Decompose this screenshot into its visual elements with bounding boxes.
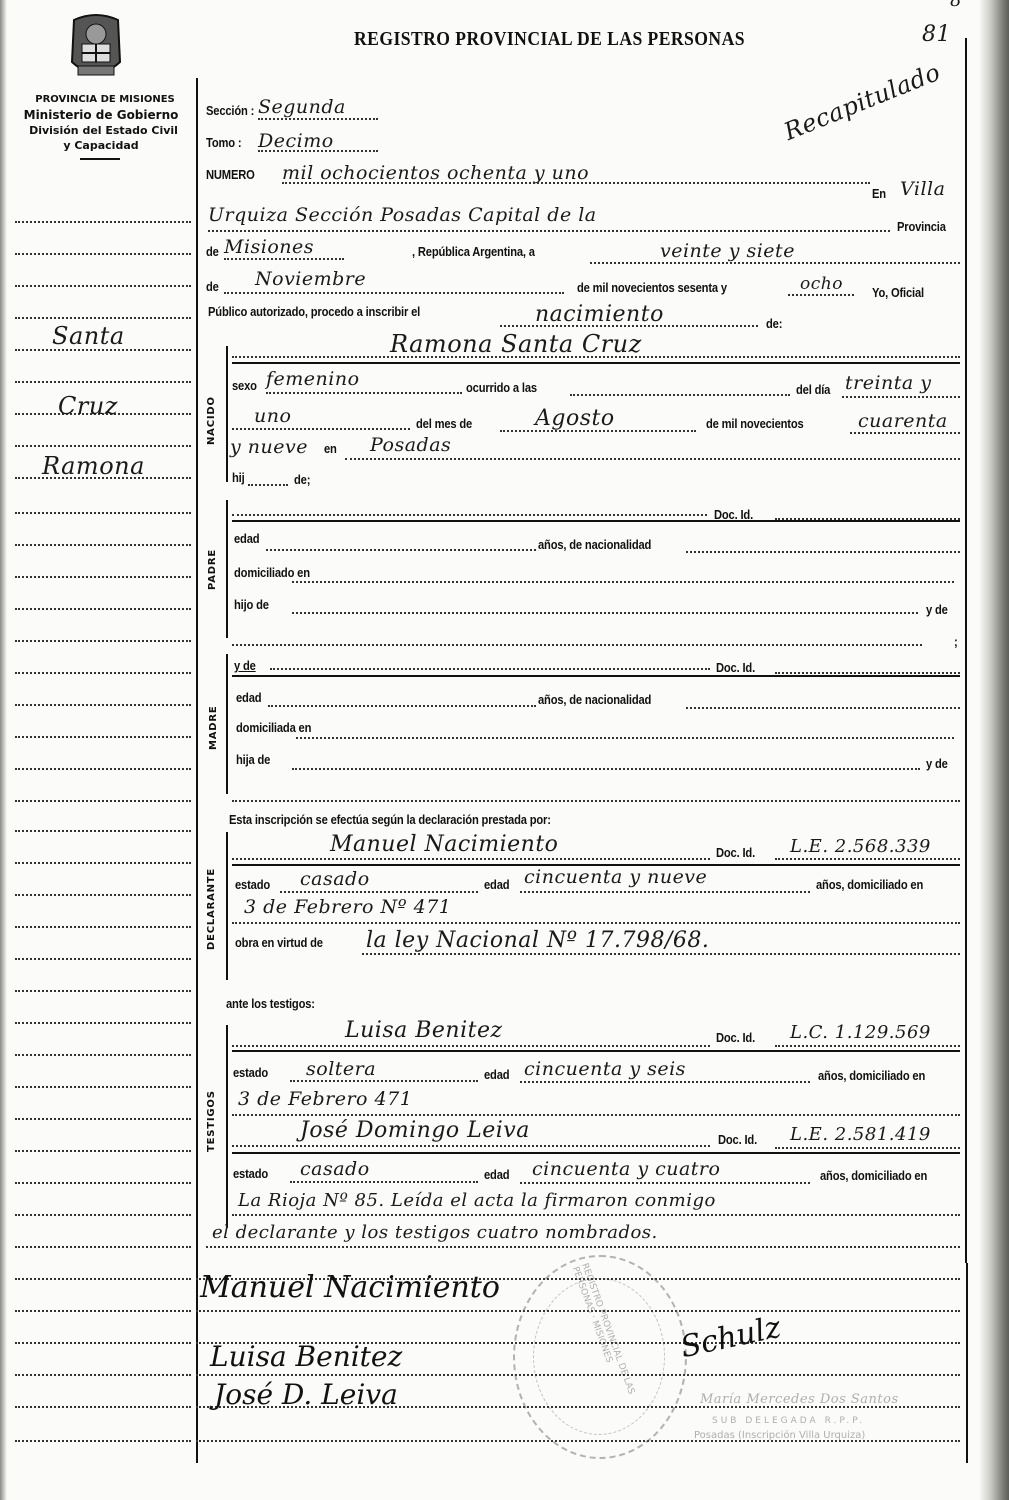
padre-nombre-line [232,514,707,516]
testigo1-anios-label: años, domiciliado en [818,1068,925,1083]
oficial-label: Yo, Oficial [872,285,924,300]
madre-edad-label: edad [236,690,261,705]
nacido-label: NACIDO [206,396,217,445]
mil-label: de mil novecientos [706,416,804,431]
closing-line [206,1246,960,1248]
madre-domicilio-label: domiciliada en [236,720,311,735]
declarante-doc-label: Doc. Id. [716,845,755,860]
mes-label: del mes de [416,416,472,431]
dia-label: del día [796,382,830,397]
de-label: de [206,244,219,259]
padre-doc-label: Doc. Id. [714,507,753,522]
hij-label: hij [232,470,245,485]
mil-label: de mil novecientos sesenta y [577,280,727,295]
testigo2-estado-label: estado [233,1166,268,1181]
seccion-value[interactable]: Segunda [258,96,346,118]
en-label: En [872,186,886,201]
padre-label: PADRE [207,549,218,590]
declarante-edad-line [520,891,810,893]
declarante-doc-value[interactable]: L.E. 2.568.339 [790,836,931,857]
signature-testigo2: José D. Leiva [214,1378,398,1411]
padre-edad-label: edad [234,531,259,546]
seccion-label: Sección : [206,103,254,118]
anio-line [788,294,854,296]
testigo1-doc-value[interactable]: L.C. 1.129.569 [790,1022,931,1043]
testigo1-edad-value[interactable]: cincuenta y seis [524,1058,686,1080]
en-value[interactable]: Villa [900,178,945,200]
dia-value[interactable]: veinte y siete [660,240,795,262]
numero-value[interactable]: mil ochocientos ochenta y uno [282,162,589,184]
testigo1-domicilio-value[interactable]: 3 de Febrero 471 [238,1088,412,1110]
sexo-value[interactable]: femenino [266,368,360,390]
padre-domicilio-line [292,581,954,583]
testigo2-nombre-rule [232,1152,960,1154]
padre-semicolon: ; [954,634,958,649]
paper-edge-right [979,0,1009,1500]
signature-declarante: Manuel Nacimiento [200,1270,500,1305]
numero-label: NUMERO [206,167,255,182]
paper-edge-left [0,0,7,1500]
issuer-ministry: Ministerio de Gobierno [6,108,196,122]
margin-name-3: Ramona [42,452,145,480]
issuer-capacity: y Capacidad [26,139,176,152]
lugar-value[interactable]: Posadas [370,434,451,456]
anio-line [850,432,960,434]
padre-yde-label: y de [926,602,948,617]
provincia-value[interactable]: Misiones [224,236,314,258]
issuer-underline [80,158,120,160]
declarante-domicilio-value[interactable]: 3 de Febrero Nº 471 [244,896,451,918]
declarante-edad-label: edad [484,877,509,892]
declarante-estado-label: estado [235,877,270,892]
ocurrido-label: ocurrido a las [466,380,537,395]
testigo2-doc-value[interactable]: L.E. 2.581.419 [790,1124,931,1145]
acto-value[interactable]: nacimiento [535,302,664,327]
document-title: REGISTRO PROVINCIAL DE LAS PERSONAS [354,28,745,51]
declarante-nombre[interactable]: Manuel Nacimiento [330,832,558,857]
madre-doc-line [775,672,960,674]
acto-line [500,325,758,327]
madre-doc-label: Doc. Id. [716,660,755,675]
padre-edad-line [266,549,536,551]
dia-line [842,396,960,398]
testigo2-edad-label: edad [484,1167,509,1182]
testigo1-edad-label: edad [484,1067,509,1082]
anio-value[interactable]: ocho [800,274,843,294]
republica-label: , República Argentina, a [412,244,535,259]
padre-nombre-rule [232,520,960,522]
tomo-line [258,150,378,152]
dia-value-1[interactable]: treinta y [845,372,932,394]
madre-anios-label: años, de nacionalidad [538,692,651,707]
testigo2-estado-line [290,1181,478,1183]
testigo1-domicilio-line [232,1114,960,1116]
margin-divider [196,78,198,1263]
declarante-obra-label: obra en virtud de [235,935,323,950]
testigo2-nombre-line [232,1145,710,1147]
coat-of-arms-icon [68,12,124,82]
declarante-anios-label: años, domiciliado en [816,877,923,892]
testigo1-doc-line [775,1045,960,1047]
madre-label: MADRE [208,705,219,750]
testigo1-edad-line [520,1081,810,1083]
padre-doc-line [775,518,960,520]
testigos-bracket [226,1025,228,1228]
declarante-obra-line [362,953,960,955]
provincia-label: Provincia [897,219,946,234]
mes-line [500,430,696,432]
issuer-division: División del Estado Civil [16,124,191,137]
signature-oficial: Schulz [677,1310,783,1365]
declarante-nombre-line [232,858,710,860]
padre-anios-label: años, de nacionalidad [538,537,651,552]
madre-domicilio-line [296,737,954,739]
madre-nombre-line [270,668,710,670]
tomo-value[interactable]: Decimo [258,130,334,152]
ocurrido-line [570,394,790,396]
provincia-line [224,258,344,260]
place-line [208,230,890,232]
declarante-domicilio-line [232,922,960,924]
signature-testigo1: Luisa Benitez [210,1340,402,1373]
oficial-place: Posadas (Inscripción Villa Urquiza) [694,1430,865,1441]
en-label: en [324,441,337,456]
right-frame-line [965,38,967,1263]
testigo2-estado-value[interactable]: casado [300,1158,370,1180]
testigo2-doc-label: Doc. Id. [718,1132,757,1147]
nacido-nombre[interactable]: Ramona Santa Cruz [390,330,642,358]
anio-value-1[interactable]: cuarenta [858,410,948,432]
closing-text[interactable]: el declarante y los testigos cuatro nomb… [212,1222,658,1243]
madre-hija-label: hija de [236,752,270,767]
testigo1-doc-label: Doc. Id. [716,1030,755,1045]
declaracion-label: Esta inscripción se efectúa según la dec… [229,812,551,827]
madre-nombre-rule [232,675,960,677]
dia2-line [232,428,410,430]
testigo1-estado-line [290,1080,478,1082]
tomo-label: Tomo : [206,135,241,150]
corner-mark: 8 [950,0,962,11]
testigo1-estado-label: estado [233,1065,268,1080]
padre-domicilio-label: domiciliado en [234,565,310,580]
margin-name-2: Cruz [58,392,118,420]
declarante-estado-value[interactable]: casado [300,868,370,890]
testigo2-edad-line [520,1182,810,1184]
madre-bracket [226,654,228,794]
seccion-line [258,118,378,120]
publico-label: Público autorizado, procedo a inscribir … [208,304,420,319]
declarante-estado-line [280,891,478,893]
mes-value[interactable]: Agosto [535,406,615,431]
signature-bracket [196,1263,198,1463]
hij-line [248,484,288,486]
padre-hijo-label: hijo de [234,597,269,612]
testigo2-nombre[interactable]: José Domingo Leiva [300,1118,530,1143]
declarante-label: DECLARANTE [206,868,217,950]
testigo2-domicilio-line [232,1214,960,1216]
madre-nacionalidad-line [686,707,960,709]
anio-value-2[interactable]: y nueve [230,436,308,458]
de3-label: de: [766,316,782,331]
testigo2-doc-line [775,1147,960,1149]
lugar-line [345,458,960,460]
oficial-name: María Mercedes Dos Santos [700,1392,899,1407]
oficial-title: SUB DELEGADA R.P.P. [712,1416,865,1426]
testigos-label: TESTIGOS [206,1090,217,1152]
testigo1-nombre-rule [232,1050,960,1052]
testigos-label-heading: ante los testigos: [226,996,315,1011]
madre-hija-line [292,768,920,770]
testigo1-nombre-line [232,1045,710,1047]
testigo2-anios-label: años, domiciliado en [820,1168,927,1183]
margin-name-1: Santa [52,322,125,350]
nacido-nombre-rule [232,362,960,364]
nacido-de-label: de; [294,472,310,487]
declarante-doc-line [775,858,960,860]
nacido-nombre-line [232,356,960,358]
de2-label: de [206,279,219,294]
nacido-bracket [226,346,228,482]
madre-yde2-label: y de [926,756,948,771]
dia-value-2[interactable]: uno [254,405,291,427]
padre-yde-line [232,644,922,646]
testigo1-estado-value[interactable]: soltera [306,1058,376,1080]
numero-line [282,182,870,184]
testigo2-domicilio-value[interactable]: La Rioja Nº 85. Leída el acta la firmaro… [238,1190,716,1211]
place-value[interactable]: Urquiza Sección Posadas Capital de la [208,204,597,226]
sexo-label: sexo [232,378,257,393]
declarante-bracket [226,832,228,980]
testigo2-edad-value[interactable]: cincuenta y cuatro [532,1158,720,1180]
coat-of-arms [68,12,124,82]
madre-edad-line [268,705,536,707]
dia-line [590,262,960,264]
declarante-obra-value[interactable]: la ley Nacional Nº 17.798/68. [366,928,709,953]
issuer-province: PROVINCIA DE MISIONES [20,94,190,105]
padre-nacionalidad-line [686,551,960,553]
mes-line [224,292,564,294]
right-frame-line-lower [966,1263,968,1463]
padre-bracket [226,500,228,638]
sexo-line [266,392,462,394]
madre-yde2-line [232,800,960,802]
declarante-edad-value[interactable]: cincuenta y nueve [524,866,707,888]
madre-yde-label: y de [234,658,256,673]
testigo1-nombre[interactable]: Luisa Benitez [345,1018,503,1043]
padre-hijo-line [292,612,918,614]
page-number: 81 [922,22,951,47]
mes-value[interactable]: Noviembre [255,268,366,290]
margin-annotation: Recapitulado [780,58,944,146]
